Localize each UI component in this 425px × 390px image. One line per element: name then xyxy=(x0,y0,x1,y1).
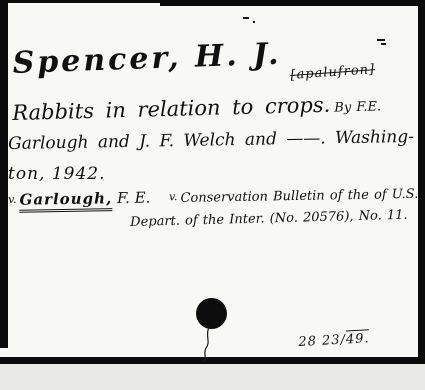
scan-border-left xyxy=(0,3,8,348)
scan-background-strip xyxy=(0,364,425,390)
scan-speck xyxy=(253,21,255,23)
see-reference-prefix: v. xyxy=(8,193,17,206)
scan-speck xyxy=(381,43,386,45)
series-title: Conservation Bulletin of the of U.S. xyxy=(180,187,418,206)
date-notation-overlined: 49. xyxy=(345,329,370,347)
hole-punch-icon xyxy=(196,298,227,329)
author-heading: Spencer, H. J. xyxy=(12,37,282,81)
title-line-2: Garlough and J. F. Welch and ——. Washing… xyxy=(8,127,414,154)
crossed-out-note: [apalufron] xyxy=(290,62,376,83)
series-reference-prefix: v. xyxy=(169,190,178,203)
reference-author-initials: F. E. xyxy=(117,189,151,208)
title-line-3: ton, 1942. xyxy=(8,164,106,184)
title-by-statement: By F.E. xyxy=(334,99,381,115)
scan-border-top-thick xyxy=(160,0,425,6)
scan-border-right xyxy=(418,0,425,360)
thread-line-icon xyxy=(199,327,215,361)
reference-author-underlined: Garlough, xyxy=(19,189,112,213)
scan-speck xyxy=(377,39,385,41)
date-notation-main: 28 23/ xyxy=(298,333,346,350)
title-line-1: Rabbits in relation to crops.By F.E. xyxy=(12,91,381,125)
title-text: Rabbits in relation to crops. xyxy=(12,93,331,125)
cross-reference-line: v.Garlough, F. E. v.Conservation Bulleti… xyxy=(8,184,418,209)
scan-speck xyxy=(243,17,249,19)
scanned-catalog-card: Spencer, H. J. [apalufron] Rabbits in re… xyxy=(0,0,425,390)
date-notation: 28 23/49. xyxy=(298,331,370,350)
series-title-continued: Depart. of the Inter. (No. 20576), No. 1… xyxy=(130,208,408,230)
